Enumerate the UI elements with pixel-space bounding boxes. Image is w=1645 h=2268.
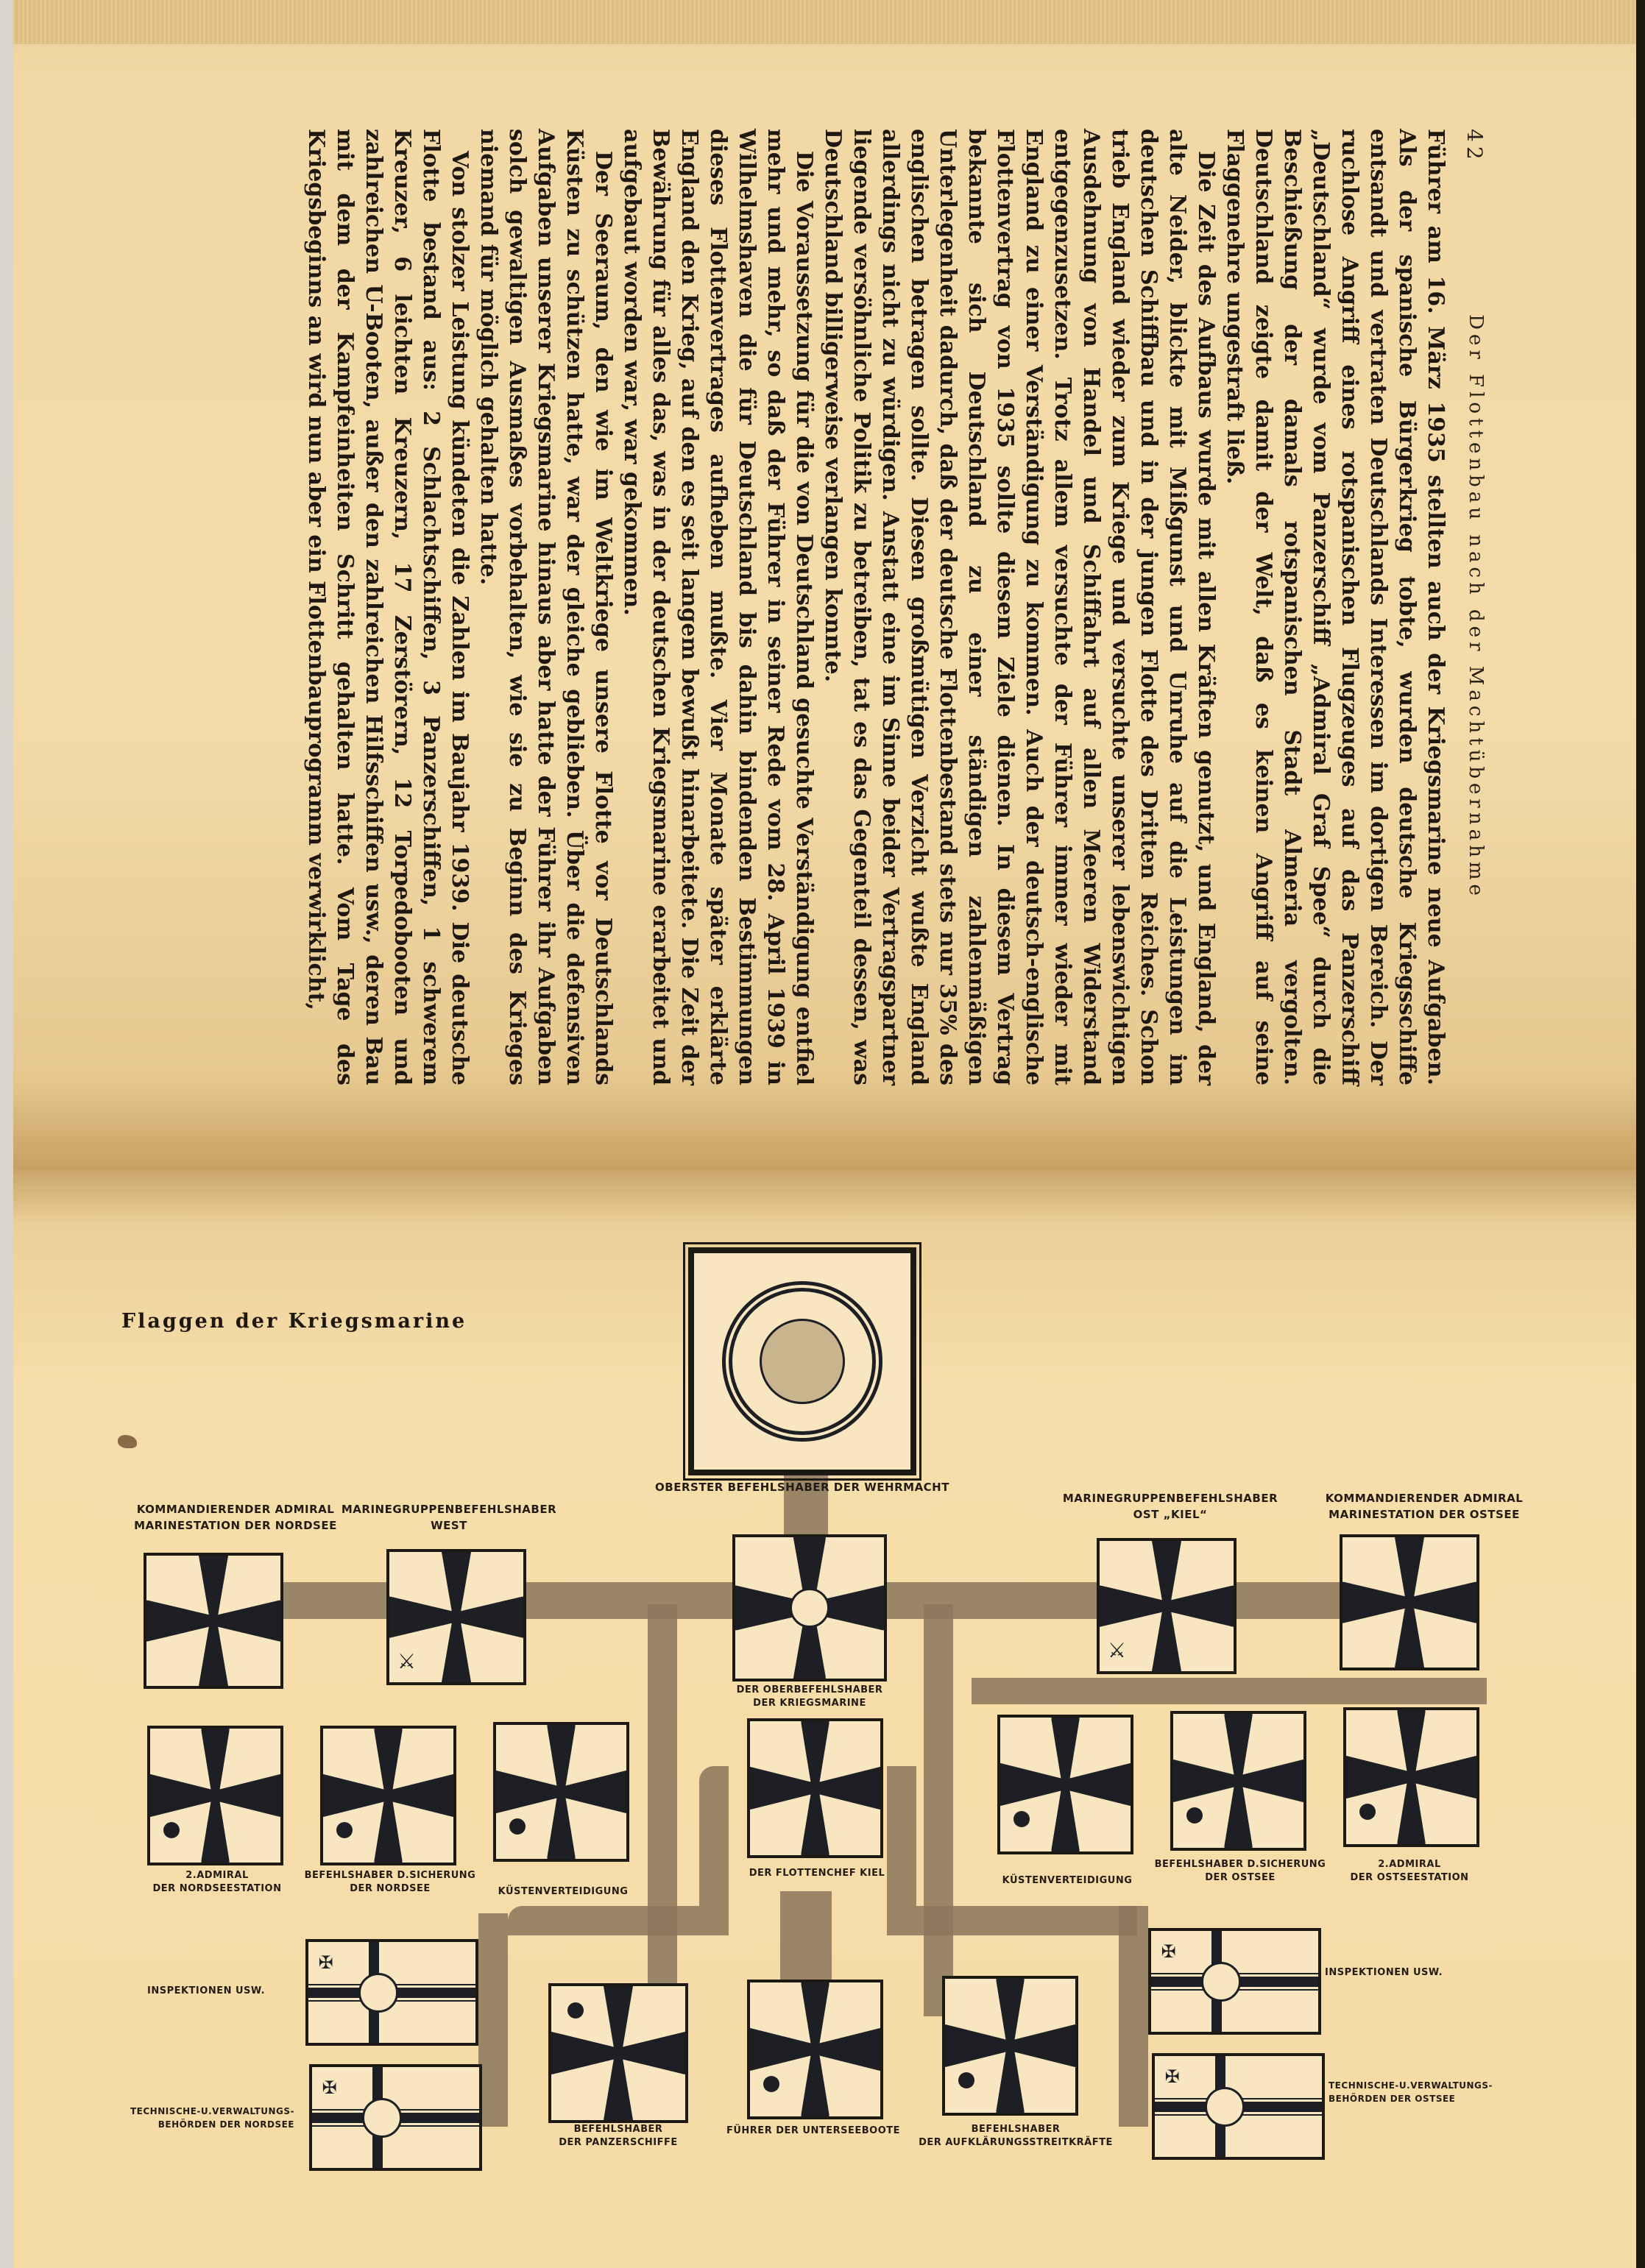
emblem-placeholder-icon	[1201, 1962, 1241, 2002]
running-head-title: Der Flottenbau nach der Machtübernahme	[1465, 314, 1487, 900]
connector	[478, 1913, 508, 2127]
flag-kdr-ostsee	[1340, 1534, 1479, 1670]
ball-icon	[958, 2072, 974, 2088]
paragraph: Die Voraussetzung für die von Deutschlan…	[618, 129, 818, 1085]
label-sich-nordsee: BEFEHLSHABER D.SICHERUNGDER NORDSEE	[287, 1869, 493, 1896]
flag-kdr-nordsee	[144, 1553, 283, 1689]
ball-icon	[509, 1818, 526, 1835]
emblem-placeholder-icon	[760, 1319, 845, 1404]
emblem-placeholder-icon	[1205, 2087, 1245, 2127]
label-kuest-west: KÜSTENVERTEIDIGUNG	[478, 1884, 648, 1900]
flag-sich-nordsee	[320, 1726, 456, 1865]
connector	[648, 1604, 677, 2016]
label-mgb-ost: MARINEGRUPPENBEFEHLSHABEROST „KIEL“	[1045, 1490, 1295, 1523]
label-tech-nordsee: TECHNISCHE-U.VERWALTUNGS-BEHÖRDEN DER NO…	[118, 2105, 294, 2131]
label-supreme: OBERSTER BEFEHLSHABER DER WEHRMACHT	[626, 1479, 979, 1495]
mini-cross-icon: ✠	[319, 1952, 333, 1974]
label-oberbefehlshaber: DER OBERBEFEHLSHABERDER KRIEGSMARINE	[692, 1684, 927, 1710]
ball-icon	[1186, 1807, 1203, 1824]
label-kdr-nordsee: KOMMANDIERENDER ADMIRALMARINESTATION DER…	[118, 1501, 353, 1534]
running-head: 42 Der Flottenbau nach der Machtübernahm…	[1450, 129, 1487, 1085]
label-mgb-west: MARINEGRUPPENBEFEHLSHABERWEST	[324, 1501, 574, 1534]
flag-flottenchef	[747, 1718, 883, 1858]
flag-kuest-west	[493, 1722, 629, 1862]
crossed-swords-icon: ⚔	[1108, 1638, 1126, 1663]
flag-sich-ostsee	[1170, 1711, 1306, 1851]
connector	[972, 1678, 1487, 1704]
flag-aufklaerung	[942, 1976, 1078, 2116]
flag-ensign-insp-ost: ✠	[1148, 1928, 1321, 2035]
connector	[887, 1906, 1137, 1935]
page-stack-edge	[13, 0, 1636, 44]
flag-panzerschiffe	[548, 1983, 688, 2123]
flag-kuest-ost	[997, 1715, 1133, 1854]
flag-mgb-ost: ⚔	[1097, 1538, 1237, 1674]
ball-icon	[1013, 1811, 1030, 1827]
label-kdr-ostsee: KOMMANDIERENDER ADMIRALMARINESTATION DER…	[1306, 1490, 1542, 1523]
mini-cross-icon: ✠	[1165, 2066, 1180, 2088]
flag-supreme-commander	[688, 1247, 916, 1475]
flag-oberbefehlshaber	[732, 1534, 887, 1681]
paragraph: Von stolzer Leistung kündeten die Zahlen…	[302, 129, 474, 1085]
stain	[118, 1435, 137, 1448]
label-insp-west: INSPEKTIONEN USW.	[147, 1983, 309, 1999]
connector	[508, 1906, 729, 1935]
flag-mgb-west: ⚔	[386, 1549, 526, 1685]
emblem-placeholder-icon	[362, 2098, 402, 2138]
mini-cross-icon: ✠	[322, 2077, 337, 2099]
connector	[887, 1766, 916, 1906]
page-number: 42	[1462, 129, 1487, 164]
paragraph: Die Zeit des Aufbaus wurde mit allen Krä…	[818, 129, 1220, 1085]
connector	[699, 1766, 729, 1906]
ball-icon	[567, 2002, 584, 2019]
ball-icon	[163, 1822, 180, 1838]
ball-icon	[763, 2076, 779, 2092]
flag-adm2-nordsee	[147, 1726, 283, 1865]
label-flottenchef: DER FLOTTENCHEF KIEL	[725, 1865, 909, 1882]
rotated-text-page: 42 Der Flottenbau nach der Machtübernahm…	[118, 129, 1487, 1085]
ball-icon	[336, 1822, 353, 1838]
flag-adm2-ostsee	[1343, 1707, 1479, 1847]
ball-icon	[1359, 1804, 1376, 1820]
emblem-placeholder-icon	[790, 1588, 829, 1628]
flag-ensign-insp-west: ✠	[305, 1939, 478, 2046]
label-kuest-ost: KÜSTENVERTEIDIGUNG	[983, 1873, 1152, 1889]
label-insp-ost: INSPEKTIONEN USW.	[1325, 1965, 1487, 1981]
label-panzerschiffe: BEFEHLSHABERDER PANZERSCHIFFE	[530, 2123, 707, 2150]
label-uboote: FÜHRER DER UNTERSEEBOOTE	[703, 2123, 924, 2139]
flag-ensign-tech-ostsee: ✠	[1152, 2053, 1325, 2160]
emblem-placeholder-icon	[358, 1973, 398, 2013]
label-adm2-nordsee: 2.ADMIRALDER NORDSEESTATION	[132, 1869, 302, 1896]
label-aufklaerung: BEFEHLSHABERDER AUFKLÄRUNGSSTREITKRÄFTE	[898, 2123, 1133, 2150]
label-adm2-ostsee: 2.ADMIRALDER OSTSEESTATION	[1325, 1858, 1494, 1885]
connector	[1119, 1906, 1148, 2127]
paragraph: Führer am 16. März 1935 stellten auch de…	[1220, 129, 1450, 1085]
paragraph: Der Seeraum, den wie im Weltkriege unser…	[474, 129, 618, 1085]
flag-ensign-tech-nordsee: ✠	[309, 2064, 482, 2171]
label-tech-ostsee: TECHNISCHE-U.VERWALTUNGS-BEHÖRDEN DER OS…	[1329, 2079, 1505, 2105]
mini-cross-icon: ✠	[1161, 1941, 1176, 1963]
crossed-swords-icon: ⚔	[397, 1649, 416, 1674]
figure-title: Flaggen der Kriegsmarine	[121, 1310, 467, 1333]
connector	[924, 1604, 953, 2016]
label-sich-ostsee: BEFEHLSHABER D.SICHERUNGDER OSTSEE	[1137, 1858, 1343, 1885]
body-text: Führer am 16. März 1935 stellten auch de…	[302, 129, 1450, 1085]
flag-uboote	[747, 1980, 883, 2119]
